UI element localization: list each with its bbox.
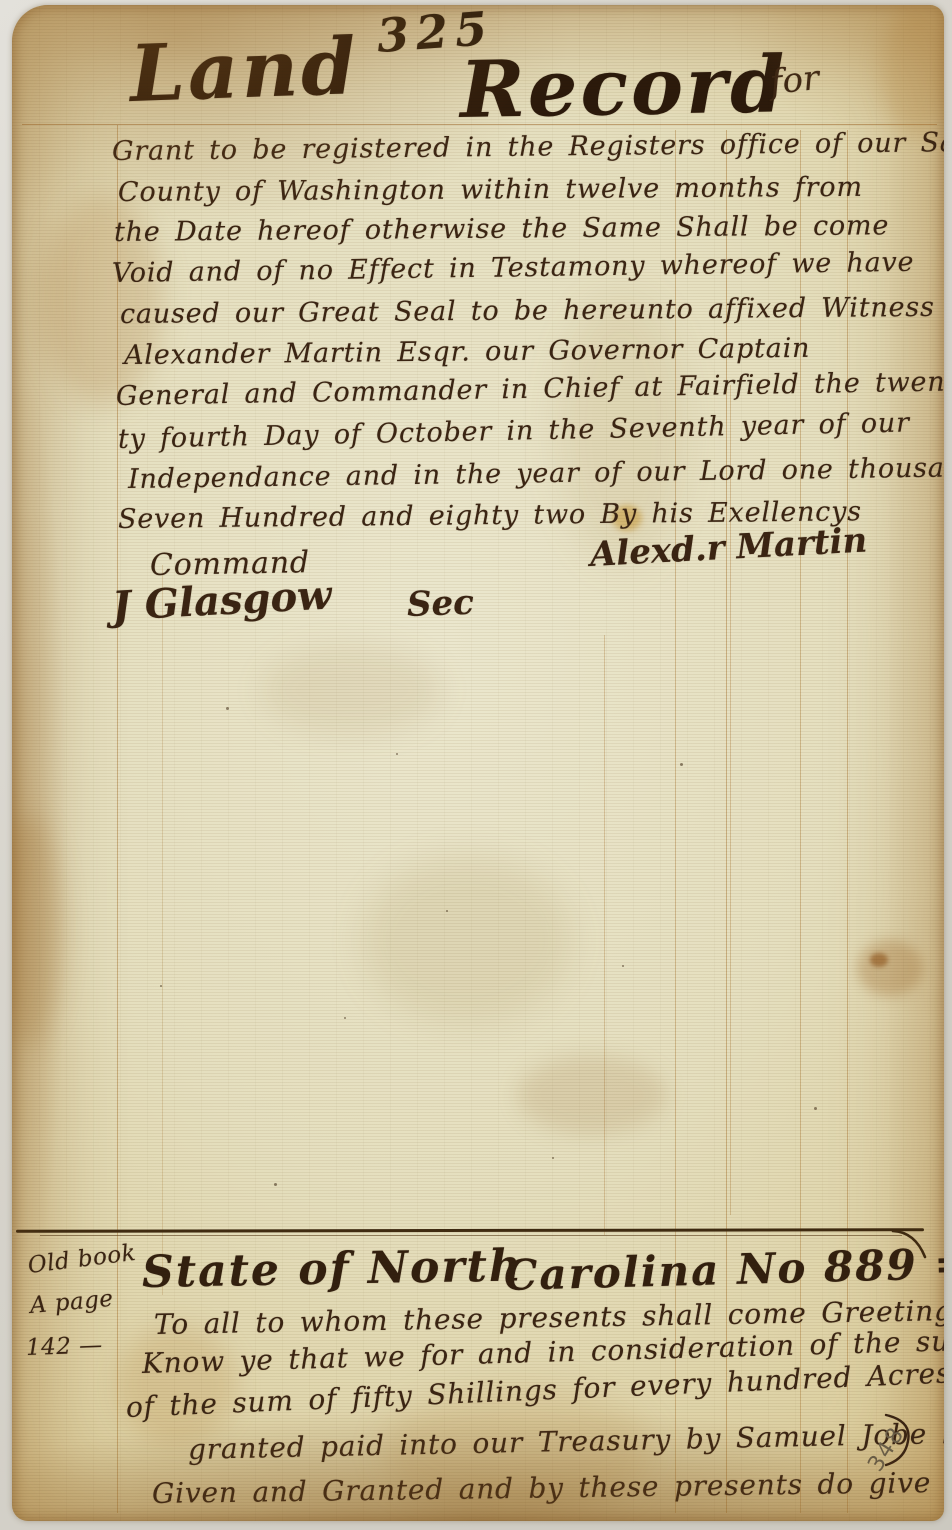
column-rule bbox=[162, 565, 163, 1295]
margin-note-line: A page bbox=[29, 1286, 115, 1319]
margin-note-line: 142 — bbox=[26, 1332, 104, 1361]
handwritten-line: General and Commander in Chief at Fairfi… bbox=[116, 366, 944, 412]
handwritten-line: ty fourth Day of October in the Seventh … bbox=[118, 407, 910, 455]
handwritten-line: Alexander Martin Esqr. our Governor Capt… bbox=[124, 333, 811, 371]
handwritten-line: granted paid into our Treasury by Samuel… bbox=[188, 1416, 944, 1466]
handwritten-line: Given and Granted and by these presents … bbox=[152, 1465, 944, 1510]
title-word-for: for bbox=[768, 58, 821, 103]
handwritten-line: County of Washington within twelve month… bbox=[118, 172, 863, 208]
title-word-land: Land bbox=[128, 21, 360, 120]
title-word-record: Record bbox=[459, 39, 788, 136]
handwritten-line: Grant to be registered in the Registers … bbox=[112, 127, 944, 167]
carolina-heading-number: Carolina No 889 = bbox=[503, 1239, 944, 1300]
handwritten-line: Independance and in the year of our Lord… bbox=[128, 452, 944, 495]
scanned-ledger-page: 325 Land Record for Grant to be register… bbox=[0, 0, 952, 1530]
handwritten-line: caused our Great Seal to be hereunto aff… bbox=[120, 292, 935, 330]
secretary-title: Sec bbox=[406, 583, 474, 625]
handwritten-line: Void and of no Effect in Testamony where… bbox=[112, 247, 915, 289]
carolina-heading-state: State of North bbox=[142, 1240, 524, 1298]
margin-note-line: Old book bbox=[26, 1240, 137, 1279]
column-rule bbox=[604, 635, 605, 1235]
paper-sheet: 325 Land Record for Grant to be register… bbox=[12, 5, 944, 1521]
record-separator-line bbox=[16, 1228, 924, 1233]
secretary-signature: J Glasgow bbox=[111, 572, 333, 630]
column-rule bbox=[117, 125, 118, 1513]
record-separator-underline bbox=[40, 1235, 902, 1236]
handwritten-line: the Date hereof otherwise the Same Shall… bbox=[114, 210, 889, 248]
